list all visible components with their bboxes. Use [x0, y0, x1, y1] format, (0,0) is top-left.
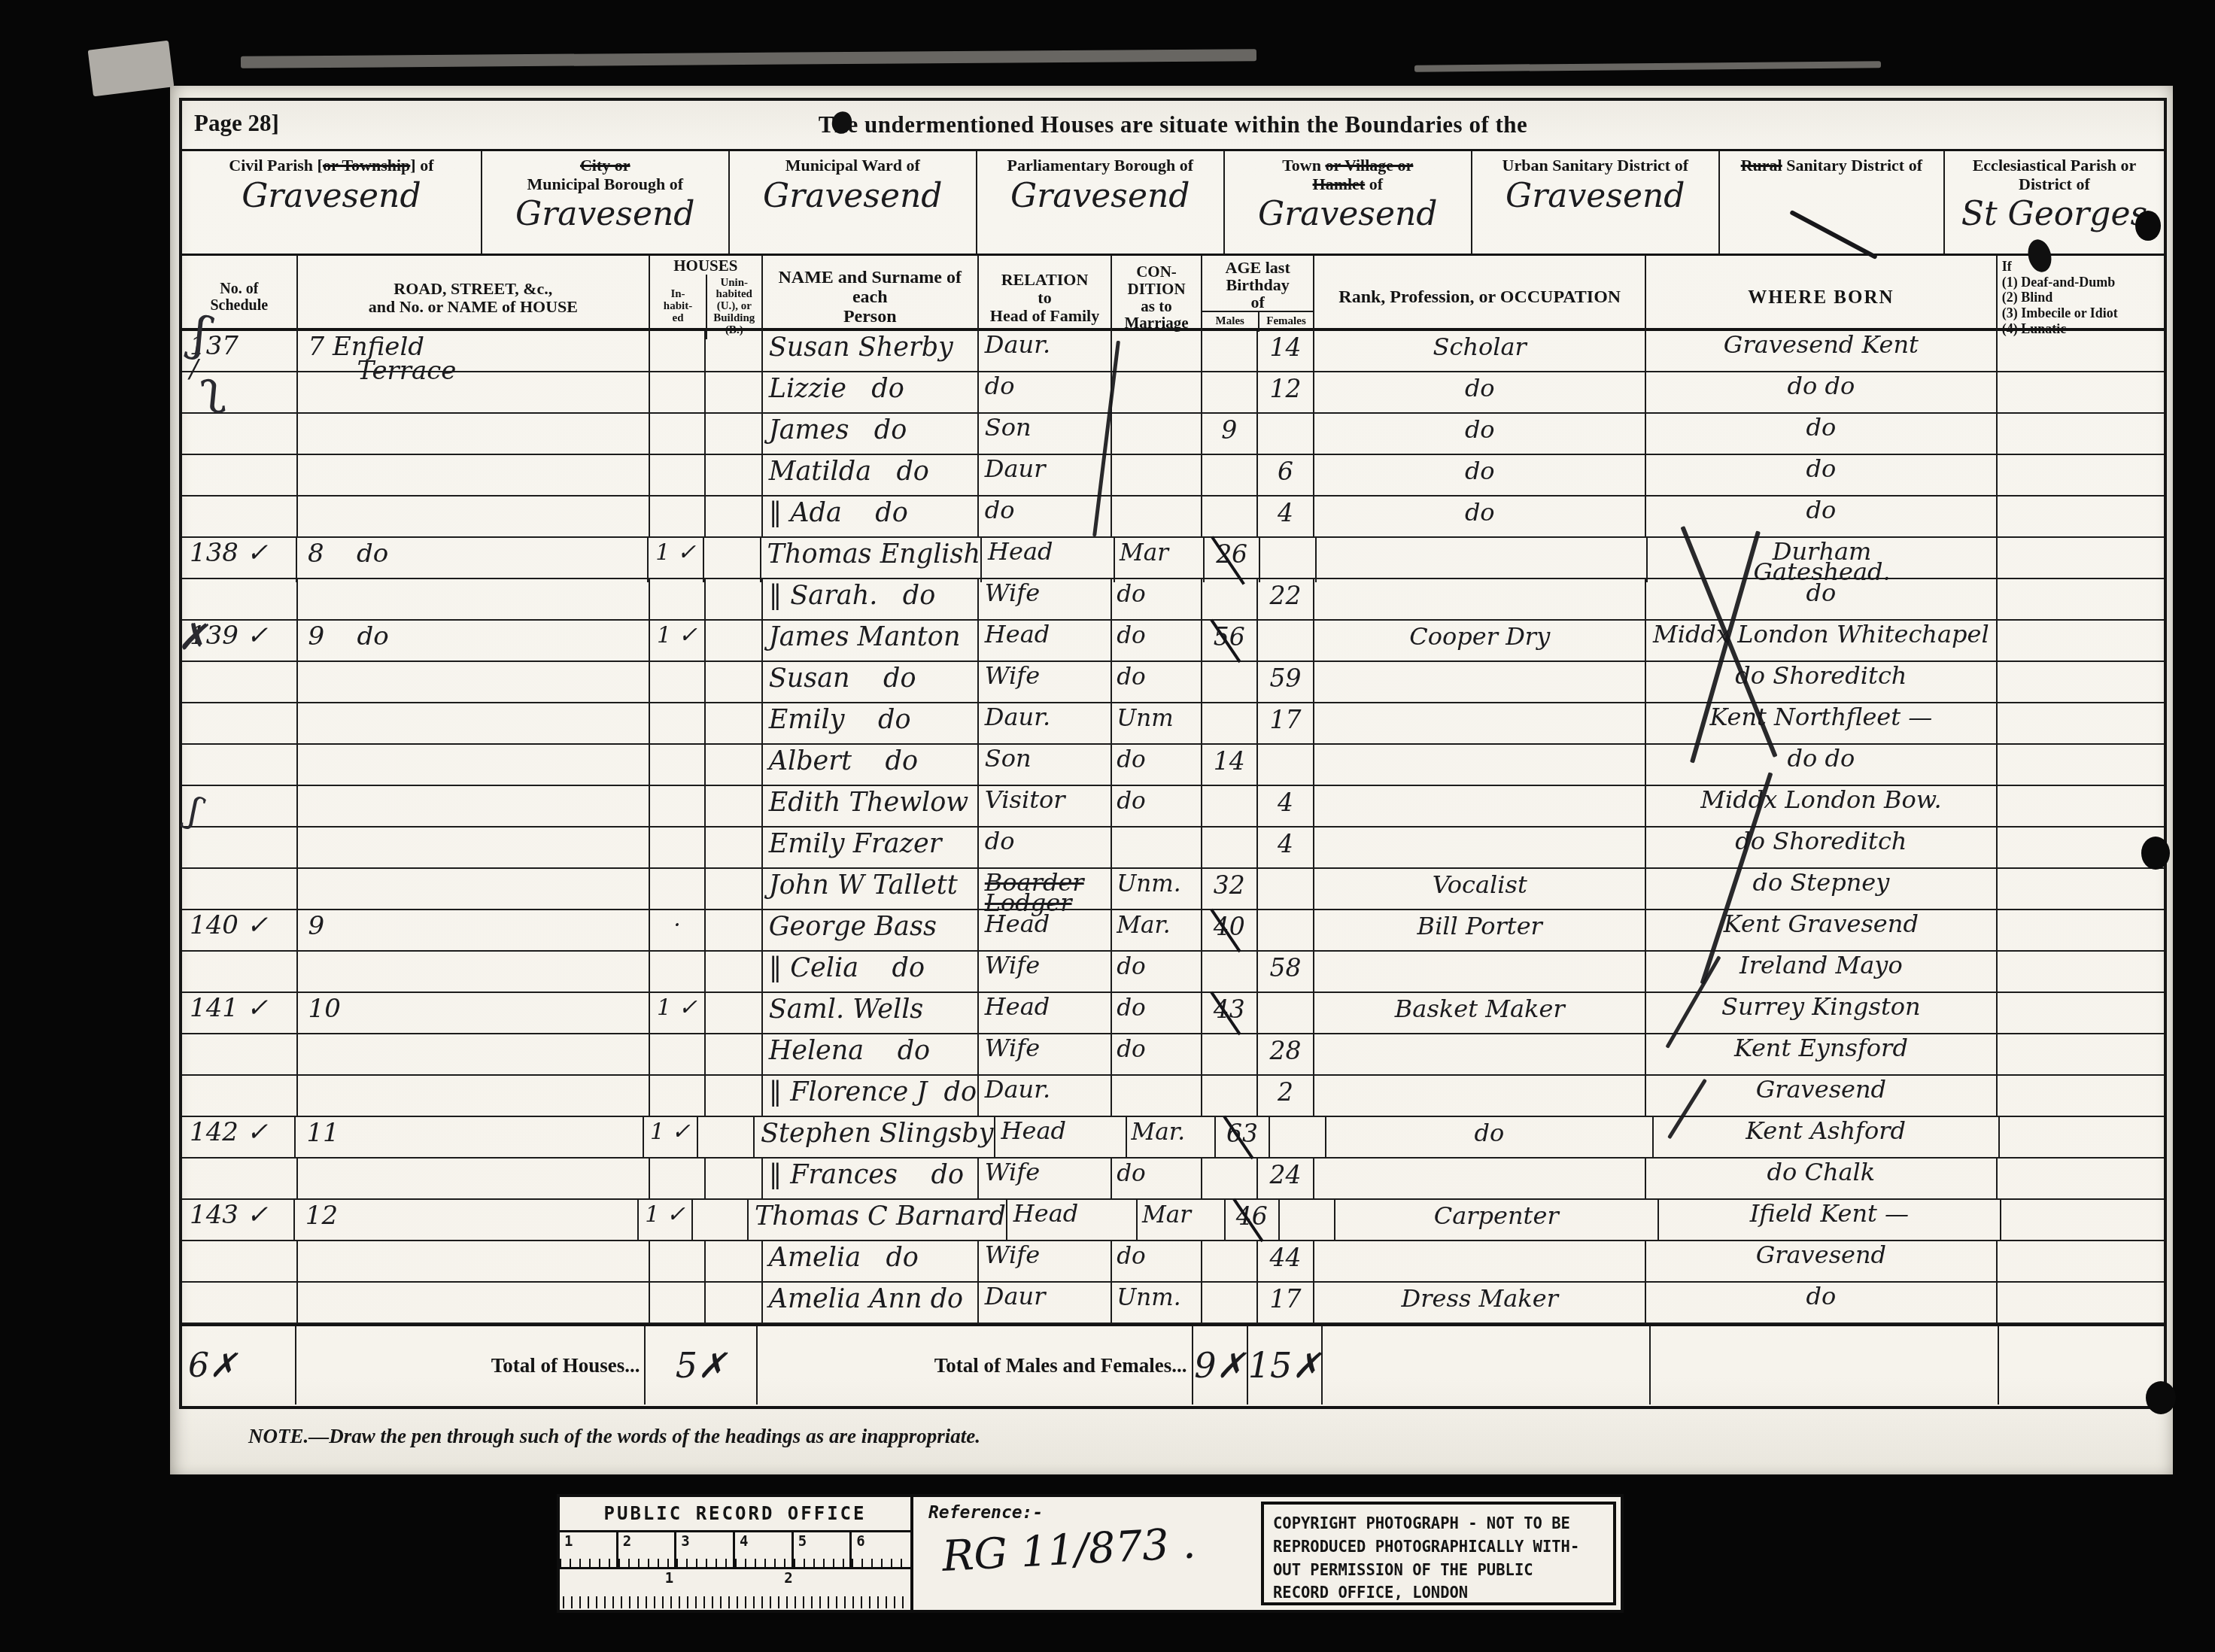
ruler-number: 2 [784, 1570, 792, 1587]
cell-relation: Head [1007, 1200, 1138, 1240]
cell-age-female: 4 [1258, 786, 1315, 826]
table-row: ‖ Florence J do Daur. 2 Gravesend [182, 1076, 2164, 1117]
district-label: Town or Village orHamlet of [1282, 156, 1413, 193]
table-row: 142 ✓ 11 1 ✓ Stephen Slingsby Head Mar. … [182, 1117, 2164, 1159]
cell-occupation: do [1314, 497, 1646, 536]
district-label-text: Sanitary District of [1782, 156, 1922, 175]
cell-where-born: Kent Eynsford [1646, 1034, 1998, 1074]
cell-condition [1112, 497, 1202, 536]
cell-infirmity [1998, 414, 2164, 454]
cell-inhabited: 1 ✓ [649, 538, 704, 582]
district-label-text: of [1365, 175, 1383, 193]
cell-schedule [182, 745, 298, 785]
table-row: Susan do Wife do 59 do Shoreditch [182, 662, 2164, 703]
cell-inhabited: 1 ✓ [650, 993, 706, 1033]
cell-uninhabited [706, 1241, 763, 1281]
cell-uninhabited [706, 579, 763, 619]
column-header-road: ROAD, STREET, &c., and No. or NAME of HO… [298, 256, 651, 339]
cell-age-male: 9 [1202, 414, 1258, 454]
pen-stroke [1790, 210, 1879, 260]
cell-name: Edith Thewlow [763, 786, 979, 826]
table-row: Amelia do Wife do 44 Gravesend [182, 1241, 2164, 1283]
cell-age-female [1258, 745, 1315, 785]
cell-relation: Head [979, 621, 1112, 660]
totals-females-value: 15✗ [1248, 1326, 1323, 1405]
district-label: Parliamentary Borough of [1007, 156, 1193, 175]
cell-inhabited [650, 1034, 706, 1074]
cell-age-male [1202, 952, 1258, 992]
cell-where-born: Middx London Whitechapel [1646, 621, 1998, 660]
cell-age-female [1270, 1117, 1326, 1157]
cell-age-female [1260, 538, 1317, 582]
cell-road [298, 497, 651, 536]
ruler-number: 4 [735, 1532, 794, 1567]
cell-age-female: 4 [1258, 828, 1315, 867]
cell-age-female: 17 [1258, 703, 1315, 743]
cell-name: Stephen Slingsby [755, 1117, 995, 1157]
cell-age-male [1202, 372, 1258, 412]
cell-where-born: Surrey Kingston [1646, 993, 1998, 1033]
cell-road [298, 703, 651, 743]
district-value: St Georges [1961, 195, 2147, 233]
houses-group-title: HOUSES [673, 256, 737, 275]
cell-occupation [1314, 786, 1646, 826]
cell-age-female: 17 [1258, 1283, 1315, 1323]
cell-age-male: 14 [1202, 745, 1258, 785]
cell-condition: do [1112, 579, 1202, 619]
cell-road [298, 1241, 651, 1281]
cell-inhabited: 1 ✓ [650, 621, 706, 660]
cell-where-born: do [1646, 579, 1998, 619]
column-header-row: No. of Schedule ROAD, STREET, &c., and N… [182, 256, 2164, 331]
column-header-age: AGE last Birthday of Males Females [1202, 256, 1315, 339]
scan-streak [241, 49, 1256, 68]
cell-relation: Visitor [979, 786, 1112, 826]
cell-relation: Daur. [979, 703, 1112, 743]
cell-age-female: 44 [1258, 1241, 1315, 1281]
cell-name: John W Tallett [763, 869, 979, 913]
copyright-text: COPYRIGHT PHOTOGRAPH - NOT TO BE REPRODU… [1261, 1502, 1616, 1605]
table-row: 140 ✓ 9 · George Bass Head Mar. 40 Bill … [182, 910, 2164, 952]
cell-road [298, 1034, 651, 1074]
column-header-where-born: WHERE BORN [1646, 256, 1998, 339]
cell-where-born: do [1646, 414, 1998, 454]
cell-inhabited [650, 952, 706, 992]
cell-inhabited: · [650, 910, 706, 950]
cell-uninhabited [706, 745, 763, 785]
district-value: Gravesend [242, 177, 421, 215]
cell-infirmity [1998, 497, 2164, 536]
cell-where-born: Middx London Bow. [1646, 786, 1998, 826]
cell-where-born: Ireland Mayo [1646, 952, 1998, 992]
cell-relation: Daur [979, 455, 1112, 495]
cell-where-born: Gravesend [1646, 1076, 1998, 1116]
cell-age-male [1202, 703, 1258, 743]
cell-age-female: 4 [1258, 497, 1315, 536]
cell-name: Thomas C Barnard [749, 1200, 1007, 1240]
cell-relation: do [979, 372, 1112, 412]
cell-age-male: 43 [1202, 993, 1258, 1033]
cell-schedule: 142 ✓ [182, 1117, 296, 1157]
cell-inhabited [650, 1159, 706, 1198]
cell-road [298, 1076, 651, 1116]
column-header-relation: RELATION to Head of Family [979, 256, 1112, 339]
cell-where-born: do [1646, 497, 1998, 536]
cell-where-born: Ifield Kent — [1659, 1200, 2001, 1240]
cell-name: Amelia do [763, 1241, 979, 1281]
cell-condition: Unm. [1112, 1283, 1202, 1323]
table-body: 137 / 7 Enfield Terrace Susan Sherby Dau… [182, 331, 2164, 1324]
cell-uninhabited [706, 786, 763, 826]
table-row: ‖ Ada do do 4 do do [182, 497, 2164, 538]
district-cell: Town or Village orHamlet of Gravesend [1225, 151, 1472, 254]
cell-uninhabited [706, 455, 763, 495]
cell-uninhabited [706, 869, 763, 913]
cell-schedule: 140 ✓ [182, 910, 298, 950]
cell-where-born: do [1646, 1283, 1998, 1323]
district-label-text: Municipal Ward of [785, 156, 920, 175]
cell-condition: Unm. [1112, 869, 1202, 913]
cell-condition: Mar. [1127, 1117, 1216, 1157]
cell-age-male [1202, 1159, 1258, 1198]
ruler-number: 1 [560, 1532, 618, 1567]
cell-name: ‖ Florence J do [763, 1076, 979, 1116]
cell-condition: Mar [1115, 538, 1205, 582]
cell-where-born: do Chalk [1646, 1159, 1998, 1198]
cell-inhabited [650, 703, 706, 743]
cell-occupation: do [1314, 372, 1646, 412]
totals-houses-label: Total of Houses... [296, 1326, 646, 1405]
cell-name: ‖ Ada do [763, 497, 979, 536]
table-row: 138 ✓ 8 do 1 ✓ Thomas English Head Mar 2… [182, 538, 2164, 579]
cell-occupation [1314, 952, 1646, 992]
column-header-females: Females [1258, 312, 1314, 332]
cell-age-male [1202, 579, 1258, 619]
scan-streak [1414, 61, 1881, 71]
cell-inhabited: 1 ✓ [644, 1117, 699, 1157]
cell-condition: do [1112, 786, 1202, 826]
cell-uninhabited [704, 538, 761, 582]
table-row: Helena do Wife do 28 Kent Eynsford [182, 1034, 2164, 1076]
cell-where-born: do do [1646, 372, 1998, 412]
ruler-number: 3 [676, 1532, 735, 1567]
cell-relation: Boarder Lodger [979, 869, 1112, 913]
cell-age-female: 12 [1258, 372, 1315, 412]
cell-infirmity [1998, 455, 2164, 495]
cell-age-female: 59 [1258, 662, 1315, 702]
cell-road [298, 372, 651, 412]
cell-infirmity [1998, 993, 2164, 1033]
district-label-text: District of [2019, 175, 2090, 193]
cell-road: 10 [298, 993, 651, 1033]
district-label-text: Ecclesiastical Parish or [1973, 156, 2137, 175]
cell-occupation [1314, 1241, 1646, 1281]
cell-schedule [182, 869, 298, 913]
cell-name: ‖ Sarah. do [763, 579, 979, 619]
totals-houses-value: 5✗ [646, 1326, 757, 1405]
cell-name: James do [763, 414, 979, 454]
cell-occupation [1314, 662, 1646, 702]
cell-where-born: do Shoreditch [1646, 828, 1998, 867]
cell-condition: Unm [1112, 703, 1202, 743]
cell-uninhabited [706, 703, 763, 743]
cell-condition [1112, 414, 1202, 454]
cell-road: 9 do [298, 621, 651, 660]
cell-age-male [1202, 828, 1258, 867]
cell-uninhabited [706, 621, 763, 660]
cell-condition: Mar. [1112, 910, 1202, 950]
cell-name: Albert do [763, 745, 979, 785]
cell-name: Saml. Wells [763, 993, 979, 1033]
table-row: Amelia Ann do Daur Unm. 17 Dress Maker d… [182, 1283, 2164, 1324]
district-value: Gravesend [1010, 177, 1190, 215]
cell-road: 12 [295, 1200, 639, 1240]
cell-occupation: Bill Porter [1314, 910, 1646, 950]
cell-uninhabited [698, 1117, 755, 1157]
cell-road [298, 786, 651, 826]
cell-condition [1112, 455, 1202, 495]
district-value: Gravesend [515, 195, 694, 233]
cell-infirmity [1998, 828, 2164, 867]
totals-empty-cell [1651, 1326, 1998, 1405]
table-row: 139 ✓ 9 do 1 ✓ James Manton Head do 56 C… [182, 621, 2164, 662]
cell-infirmity [1998, 538, 2164, 582]
cell-name: Amelia Ann do [763, 1283, 979, 1323]
district-label-struck-text: or Village or [1325, 156, 1413, 175]
cell-road [298, 828, 651, 867]
cell-age-female [1258, 414, 1315, 454]
cell-relation: Wife [979, 1241, 1112, 1281]
cell-road [298, 579, 651, 619]
table-row: Lizzie do do 12 do do do [182, 372, 2164, 414]
cell-uninhabited [706, 1159, 763, 1198]
district-cell: Civil Parish [or Township] of Gravesend [182, 151, 482, 254]
cell-relation: Head [979, 993, 1112, 1033]
cell-road [298, 1159, 651, 1198]
cell-name: Thomas English [761, 538, 983, 582]
cell-schedule [182, 828, 298, 867]
totals-row: 6✗ Total of Houses... 5✗ Total of Males … [182, 1324, 2164, 1405]
cell-relation: do [979, 828, 1112, 867]
cell-age-male [1202, 786, 1258, 826]
cell-inhabited [650, 662, 706, 702]
cell-road: 8 do [297, 538, 649, 582]
cell-age-female [1258, 621, 1315, 660]
district-label-struck-text: or Township [323, 156, 410, 175]
district-label-struck-text: Rural [1741, 156, 1782, 175]
district-label: Rural Sanitary District of [1741, 156, 1922, 175]
cell-inhabited [650, 828, 706, 867]
district-label-struck-text: City or [580, 156, 630, 175]
district-label: Urban Sanitary District of [1502, 156, 1688, 175]
cell-condition [1112, 1076, 1202, 1116]
cell-uninhabited [706, 952, 763, 992]
totals-mf-label: Total of Males and Females... [758, 1326, 1193, 1405]
district-value: Gravesend [1506, 177, 1685, 215]
table-row: ‖ Sarah. do Wife do 22 do [182, 579, 2164, 621]
cell-condition: do [1112, 993, 1202, 1033]
pro-stamp: PUBLIC RECORD OFFICE 1 2 3 4 5 6 1 2 Ref… [557, 1494, 1624, 1613]
cell-road [298, 662, 651, 702]
cell-uninhabited [706, 1034, 763, 1074]
cell-condition: do [1112, 621, 1202, 660]
margin-mark: ✗ [176, 613, 215, 662]
cell-inhabited [650, 579, 706, 619]
cell-occupation [1314, 703, 1646, 743]
column-header-inhabited: In- habit- ed [650, 275, 706, 340]
table-row: Edith Thewlow Visitor do 4 Middx London … [182, 786, 2164, 828]
district-label-text: Town [1282, 156, 1325, 175]
cell-name: Emily do [763, 703, 979, 743]
column-header-occupation: Rank, Profession, or OCCUPATION [1314, 256, 1646, 339]
table-row: 141 ✓ 10 1 ✓ Saml. Wells Head do 43 Bask… [182, 993, 2164, 1034]
cell-occupation [1314, 828, 1646, 867]
cell-where-born: Kent Gravesend [1646, 910, 1998, 950]
cell-relation: Daur [979, 1283, 1112, 1323]
scan-streak [88, 41, 175, 97]
cell-age-male [1202, 455, 1258, 495]
cell-where-born: do Stepney [1646, 869, 1998, 913]
cell-relation: Daur. [979, 1076, 1112, 1116]
cell-schedule [182, 497, 298, 536]
district-label: City orMunicipal Borough of [527, 156, 683, 193]
cell-occupation: Dress Maker [1314, 1283, 1646, 1323]
page-title: The undermentioned Houses are situate wi… [819, 111, 1528, 138]
cell-schedule [182, 1034, 298, 1074]
pro-stamp-title: PUBLIC RECORD OFFICE [560, 1497, 910, 1530]
cell-infirmity [2000, 1117, 2164, 1157]
cell-infirmity [1998, 1159, 2164, 1198]
cell-uninhabited [706, 662, 763, 702]
cell-uninhabited [706, 497, 763, 536]
ruler-number: 5 [794, 1532, 852, 1567]
cell-age-male [1202, 1283, 1258, 1323]
punch-hole [2141, 837, 2170, 870]
cell-uninhabited [706, 1283, 763, 1323]
column-header-males: Males [1202, 312, 1258, 332]
cell-age-male: 56 [1202, 621, 1258, 660]
page-number: Page 28] [194, 110, 279, 137]
cell-road: 11 [296, 1117, 643, 1157]
cell-schedule: 143 ✓ [182, 1200, 295, 1240]
cell-road [298, 745, 651, 785]
district-label-struck-text: Hamlet [1313, 175, 1366, 193]
cell-infirmity [1998, 579, 2164, 619]
cell-inhabited [650, 1283, 706, 1323]
cell-name: ‖ Celia do [763, 952, 979, 992]
cell-occupation [1314, 1034, 1646, 1074]
cell-uninhabited [706, 372, 763, 412]
cell-road [298, 414, 651, 454]
cell-occupation [1317, 538, 1647, 582]
cell-inhabited [650, 1241, 706, 1281]
totals-empty-cell [1999, 1326, 2164, 1405]
district-value: Gravesend [763, 177, 942, 215]
column-header-name: NAME and Surname of each Person [763, 256, 979, 339]
cell-where-born: Kent Ashford [1654, 1117, 2000, 1157]
cell-occupation: Cooper Dry [1314, 621, 1646, 660]
cell-name: James Manton [763, 621, 979, 660]
district-label-text: ] of [410, 156, 433, 175]
cell-where-born: do do [1646, 745, 1998, 785]
cell-relation: Wife [979, 1159, 1112, 1198]
cell-occupation: Carpenter [1335, 1200, 1659, 1240]
cell-uninhabited [693, 1200, 749, 1240]
cell-name: Matilda do [763, 455, 979, 495]
cell-schedule: 141 ✓ [182, 993, 298, 1033]
cell-inhabited [650, 869, 706, 913]
cell-infirmity [1998, 910, 2164, 950]
cell-relation: Wife [979, 662, 1112, 702]
district-cell: City orMunicipal Borough of Gravesend [482, 151, 730, 254]
district-label-text: Parliamentary Borough of [1007, 156, 1193, 175]
cell-inhabited [650, 455, 706, 495]
ruler-number: 2 [618, 1532, 677, 1567]
table-row: James do Son 9 do do [182, 414, 2164, 455]
cell-infirmity [1998, 703, 2164, 743]
district-cell: Municipal Ward of Gravesend [730, 151, 977, 254]
cell-infirmity [1998, 745, 2164, 785]
cell-uninhabited [706, 828, 763, 867]
district-cell: Urban Sanitary District of Gravesend [1472, 151, 1720, 254]
cell-relation: Head [979, 910, 1112, 950]
ruler-top-scale: 1 2 3 4 5 6 [560, 1530, 910, 1569]
cell-uninhabited [706, 910, 763, 950]
column-header-houses: HOUSES In- habit- ed Unin- habited (U.),… [650, 256, 763, 339]
census-sheet: Page 28] The undermentioned Houses are s… [179, 98, 2167, 1409]
cell-infirmity [2001, 1200, 2164, 1240]
district-header-row: Civil Parish [or Township] of Gravesend … [182, 151, 2164, 256]
footnote: NOTE.—Draw the pen through such of the w… [248, 1425, 980, 1448]
cell-name: Helena do [763, 1034, 979, 1074]
cell-occupation: do [1314, 455, 1646, 495]
cell-infirmity [1998, 1241, 2164, 1281]
district-cell: Rural Sanitary District of [1720, 151, 1945, 254]
table-row: Emily Frazer do 4 do Shoreditch [182, 828, 2164, 869]
cell-age-male: 40 [1202, 910, 1258, 950]
cell-name: ‖ Frances do [763, 1159, 979, 1198]
cell-infirmity [1998, 621, 2164, 660]
cell-occupation: Vocalist [1314, 869, 1646, 913]
cell-road: 9 [298, 910, 651, 950]
punch-hole [2135, 211, 2161, 241]
cell-age-female: 2 [1258, 1076, 1315, 1116]
cell-inhabited [650, 414, 706, 454]
column-header-infirmity: If (1) Deaf-and-Dumb (2) Blind (3) Imbec… [1998, 256, 2164, 339]
cell-age-female [1258, 869, 1315, 913]
cell-schedule [182, 455, 298, 495]
cell-condition: Mar [1138, 1200, 1226, 1240]
cell-condition: do [1112, 662, 1202, 702]
cell-name: Lizzie do [763, 372, 979, 412]
cell-age-female: 24 [1258, 1159, 1315, 1198]
cell-infirmity [1998, 869, 2164, 913]
cell-uninhabited [706, 414, 763, 454]
district-label: Civil Parish [or Township] of [229, 156, 433, 175]
cell-uninhabited [706, 993, 763, 1033]
table-row: 137 / 7 Enfield Terrace Susan Sherby Dau… [182, 331, 2164, 372]
cell-relation: Wife [979, 1034, 1112, 1074]
cell-age-female: 22 [1258, 579, 1315, 619]
cell-road [298, 455, 651, 495]
table-row: ‖ Celia do Wife do 58 Ireland Mayo [182, 952, 2164, 993]
cell-where-born: do Shoreditch [1646, 662, 1998, 702]
table-row: Matilda do Daur 6 do do [182, 455, 2164, 497]
cell-where-born: do [1646, 455, 1998, 495]
table-row: Albert do Son do 14 do do [182, 745, 2164, 786]
cell-condition: do [1112, 1241, 1202, 1281]
cell-age-female [1280, 1200, 1335, 1240]
